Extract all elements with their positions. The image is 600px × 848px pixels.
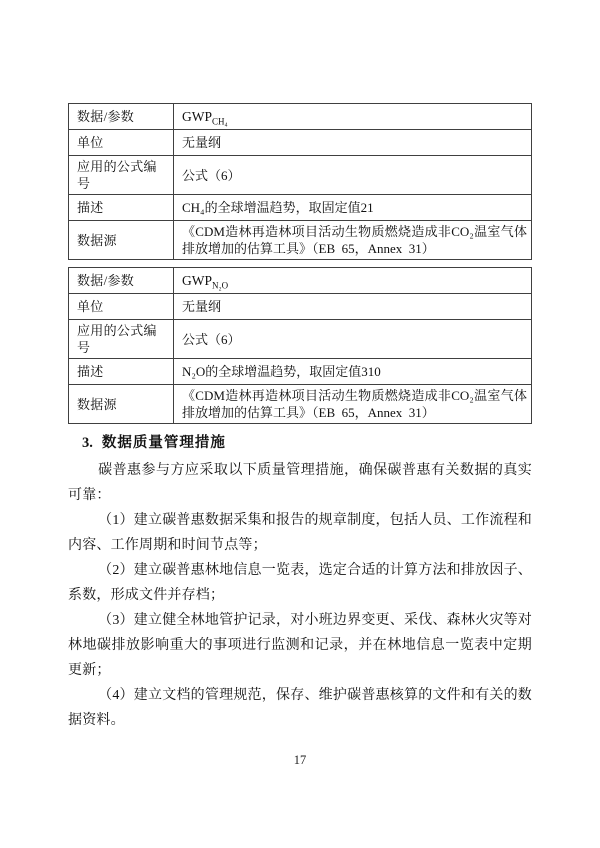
- table-row: 数据源 《CDM造林再造林项目活动生物质燃烧造成非CO₂温室气体排放增加的估算工…: [69, 385, 532, 424]
- document-page: 数据/参数 GWPCH₄ 单位 无量纲 应用的公式编号 公式（6） 描述 CH₄…: [0, 0, 600, 848]
- row-label: 数据源: [69, 221, 174, 260]
- paragraph-item-1: （1）建立碳普惠数据采集和报告的规章制度，包括人员、工作流程和内容、工作周期和时…: [68, 508, 532, 558]
- table-row: 数据/参数 GWPCH₄: [69, 104, 532, 130]
- paragraph-item-2: （2）建立碳普惠林地信息一览表，选定合适的计算方法和排放因子、系数，形成文件并存…: [68, 558, 532, 608]
- table-row: 数据源 《CDM造林再造林项目活动生物质燃烧造成非CO₂温室气体排放增加的估算工…: [69, 221, 532, 260]
- page-number: 17: [0, 753, 600, 768]
- table-row: 应用的公式编号 公式（6）: [69, 156, 532, 195]
- table-row: 描述 CH₄的全球增温趋势，取固定值21: [69, 195, 532, 221]
- row-label: 描述: [69, 195, 174, 221]
- parameter-table-gwp-n2o: 数据/参数 GWPN₂O 单位 无量纲 应用的公式编号 公式（6） 描述 N₂O…: [68, 267, 532, 424]
- row-label: 数据/参数: [69, 104, 174, 130]
- row-value-data-source: 《CDM造林再造林项目活动生物质燃烧造成非CO₂温室气体排放增加的估算工具》（E…: [174, 385, 532, 424]
- row-label: 单位: [69, 130, 174, 156]
- table-row: 数据/参数 GWPN₂O: [69, 268, 532, 294]
- parameter-subscript: N₂O: [212, 281, 228, 291]
- parameter-symbol: GWP: [182, 273, 212, 288]
- row-label: 应用的公式编号: [69, 156, 174, 195]
- table-row: 应用的公式编号 公式（6）: [69, 320, 532, 359]
- row-value-parameter: GWPCH₄: [174, 104, 532, 130]
- row-label: 数据源: [69, 385, 174, 424]
- section-heading: 3.数据质量管理措施: [82, 433, 532, 453]
- table-row: 描述 N₂O的全球增温趋势，取固定值310: [69, 359, 532, 385]
- parameter-symbol: GWP: [182, 109, 212, 124]
- paragraph-intro: 碳普惠参与方应采取以下质量管理措施，确保碳普惠有关数据的真实可靠：: [68, 458, 532, 508]
- row-value-unit: 无量纲: [174, 130, 532, 156]
- table-row: 单位 无量纲: [69, 130, 532, 156]
- paragraph-item-3: （3）建立健全林地管护记录，对小班边界变更、采伐、森林火灾等对林地碳排放影响重大…: [68, 608, 532, 683]
- row-value-formula: 公式（6）: [174, 156, 532, 195]
- row-label: 数据/参数: [69, 268, 174, 294]
- row-value-formula: 公式（6）: [174, 320, 532, 359]
- row-value-parameter: GWPN₂O: [174, 268, 532, 294]
- section-data-quality-management: 3.数据质量管理措施 碳普惠参与方应采取以下质量管理措施，确保碳普惠有关数据的真…: [68, 433, 532, 733]
- table-row: 单位 无量纲: [69, 294, 532, 320]
- paragraph-item-4: （4）建立文档的管理规范，保存、维护碳普惠核算的文件和有关的数据资料。: [68, 683, 532, 733]
- row-value-description: N₂O的全球增温趋势，取固定值310: [174, 359, 532, 385]
- row-label: 应用的公式编号: [69, 320, 174, 359]
- row-value-data-source: 《CDM造林再造林项目活动生物质燃烧造成非CO₂温室气体排放增加的估算工具》（E…: [174, 221, 532, 260]
- section-number: 3.: [82, 435, 93, 451]
- row-value-unit: 无量纲: [174, 294, 532, 320]
- row-value-description: CH₄的全球增温趋势，取固定值21: [174, 195, 532, 221]
- row-label: 描述: [69, 359, 174, 385]
- parameter-subscript: CH₄: [212, 117, 228, 127]
- section-title: 数据质量管理措施: [102, 435, 226, 451]
- parameter-table-gwp-ch4: 数据/参数 GWPCH₄ 单位 无量纲 应用的公式编号 公式（6） 描述 CH₄…: [68, 103, 532, 260]
- row-label: 单位: [69, 294, 174, 320]
